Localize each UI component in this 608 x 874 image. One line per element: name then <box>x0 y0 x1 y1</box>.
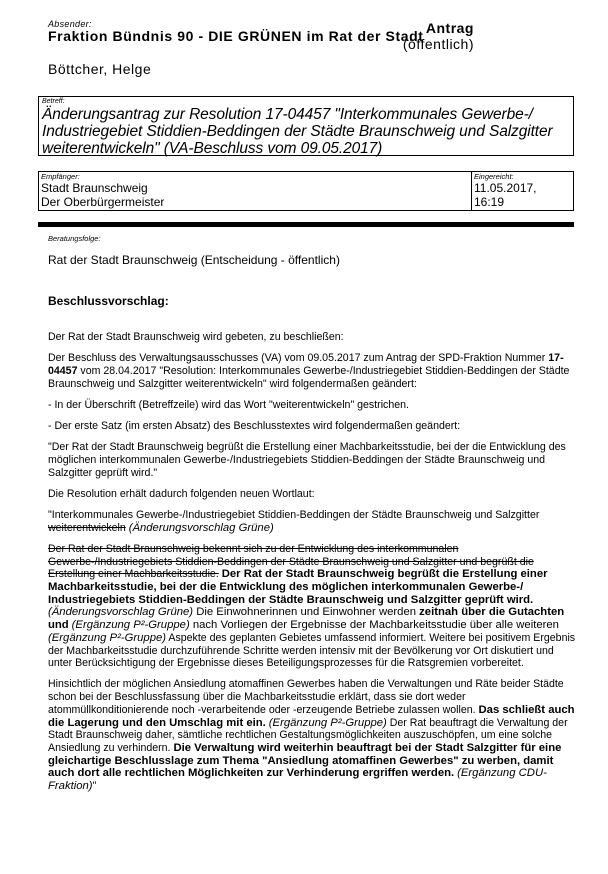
paragraph: - In der Überschrift (Betreffzeile) wird… <box>48 399 578 412</box>
paragraph: Hinsichtlich der möglichen Ansiedlung at… <box>48 678 578 792</box>
amendment-note: (Ergänzung P²-Gruppe) <box>48 632 166 644</box>
recipient-cell: Empfänger: Stadt Braunschweig Der Oberbü… <box>39 172 472 210</box>
section-divider <box>38 222 574 227</box>
text-run: Die Einwohnerinnen und Einwohner werden <box>193 606 419 618</box>
text-run: nach Vorliegen der Ergebnisse der Machba… <box>190 619 559 631</box>
paragraph: Die Resolution erhält dadurch folgenden … <box>48 488 578 501</box>
text-run: " <box>93 780 97 792</box>
sender-person: Böttcher, Helge <box>48 61 151 77</box>
paragraph: Der Beschluss des Verwaltungsausschusses… <box>48 352 578 390</box>
text-run: vom 28.04.2017 "Resolution: Interkommuna… <box>48 365 569 390</box>
consultation-text: Rat der Stadt Braunschweig (Entscheidung… <box>48 253 340 267</box>
sender-name: Fraktion Bündnis 90 - DIE GRÜNEN im Rat … <box>48 28 428 44</box>
struck-text: weiterentwickeln <box>48 522 126 534</box>
proposal-title: Beschlussvorschlag: <box>48 294 169 308</box>
submitted-label: Eingereicht: <box>474 173 571 181</box>
proposal-body: Der Rat der Stadt Braunschweig wird gebe… <box>48 331 578 801</box>
recipient-label: Empfänger: <box>41 173 469 181</box>
paragraph: "Interkommunales Gewerbe-/Industriegebie… <box>48 509 578 534</box>
subject-label: Betreff: <box>42 98 570 106</box>
recipient-line-2: Der Oberbürgermeister <box>41 195 469 209</box>
amendment-note: (Änderungsvorschlag Grüne) <box>48 606 193 618</box>
document-type: Antrag (öffentlich) <box>403 20 474 52</box>
recipient-box: Empfänger: Stadt Braunschweig Der Oberbü… <box>38 171 574 211</box>
paragraph: Der Rat der Stadt Braunschweig wird gebe… <box>48 331 578 344</box>
paragraph: - Der erste Satz (im ersten Absatz) des … <box>48 420 578 433</box>
amendment-note: (Ergänzung P²-Gruppe) <box>269 717 387 729</box>
submitted-cell: Eingereicht: 11.05.2017, 16:19 <box>472 172 573 210</box>
subject-box: Betreff: Änderungsantrag zur Resolution … <box>38 96 574 156</box>
consultation-label: Beratungsfolge: <box>48 234 101 243</box>
document-type-label: Antrag <box>403 20 474 36</box>
text-run: "Interkommunales Gewerbe-/Industriegebie… <box>48 509 539 521</box>
recipient-line-1: Stadt Braunschweig <box>41 181 469 195</box>
quoted-paragraph: "Der Rat der Stadt Braunschweig begrüßt … <box>48 441 578 479</box>
amendment-note: (Ergänzung P²-Gruppe) <box>72 619 190 631</box>
amendment-note: (Änderungsvorschlag Grüne) <box>129 522 274 534</box>
submitted-date: 11.05.2017, <box>474 181 571 195</box>
visibility-label: (öffentlich) <box>403 36 474 52</box>
submitted-time: 16:19 <box>474 195 571 209</box>
subject-text: Änderungsantrag zur Resolution 17-04457 … <box>42 106 570 157</box>
text-run: Der Beschluss des Verwaltungsausschusses… <box>48 352 548 364</box>
paragraph: Der Rat der Stadt Braunschweig bekennt s… <box>48 543 578 670</box>
